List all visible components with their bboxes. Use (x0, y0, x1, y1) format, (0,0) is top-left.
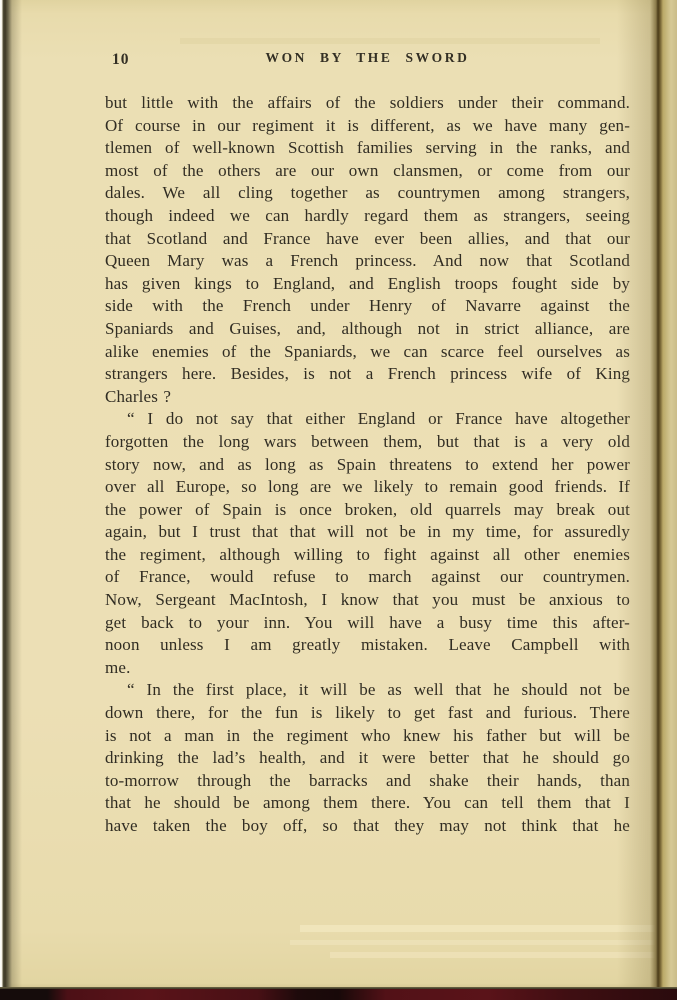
text-line: forgotten the long wars between them, bu… (105, 431, 630, 454)
text-line: again, but I trust that that will not be… (105, 521, 630, 544)
text-line: side with the French under Henry of Nava… (105, 295, 630, 318)
text-line: alike enemies of the Spaniards, we can s… (105, 341, 630, 364)
text-line: Queen Mary was a French princess. And no… (105, 250, 630, 273)
text-line: to-morrow through the barracks and shake… (105, 770, 630, 793)
text-line: get back to your inn. You will have a bu… (105, 612, 630, 635)
text-line: drinking the lad’s health, and it were b… (105, 747, 630, 770)
text-line: of France, would refuse to march against… (105, 566, 630, 589)
body-text: but little with the affairs of the soldi… (105, 92, 630, 838)
text-line: dales. We all cling together as countrym… (105, 182, 630, 205)
scan-streak (180, 38, 600, 44)
text-line: tlemen of well-known Scottish families s… (105, 137, 630, 160)
book-page-scan: 10 WON BY THE SWORD but little with the … (0, 0, 677, 1000)
text-line: strangers here. Besides, is not a French… (105, 363, 630, 386)
text-line: Now, Sergeant MacIntosh, I know that you… (105, 589, 630, 612)
text-line: noon unless I am greatly mistaken. Leave… (105, 634, 630, 657)
book-cover-edge (0, 987, 677, 1000)
text-line: Spaniards and Guises, and, although not … (105, 318, 630, 341)
text-line: most of the others are our own clansmen,… (105, 160, 630, 183)
scan-streak (290, 940, 660, 945)
text-line: though indeed we can hardly regard them … (105, 205, 630, 228)
text-line: “ In the first place, it will be as well… (105, 679, 630, 702)
right-page-edge (617, 0, 677, 988)
text-line: me. (105, 657, 630, 680)
text-line: is not a man in the regiment who knew hi… (105, 725, 630, 748)
scan-streak (300, 925, 660, 932)
text-line: the power of Spain is once broken, old q… (105, 499, 630, 522)
page-header: 10 WON BY THE SWORD (105, 50, 630, 66)
text-line: down there, for the fun is likely to get… (105, 702, 630, 725)
text-line: story now, and as long as Spain threaten… (105, 454, 630, 477)
text-line: over all Europe, so long are we likely t… (105, 476, 630, 499)
text-line: Charles ? (105, 386, 630, 409)
text-line: “ I do not say that either England or Fr… (105, 408, 630, 431)
text-line: that he should be among them there. You … (105, 792, 630, 815)
text-line: have taken the boy off, so that they may… (105, 815, 630, 838)
running-head: WON BY THE SWORD (105, 50, 630, 66)
text-line: has given kings to England, and English … (105, 273, 630, 296)
page-number: 10 (112, 51, 130, 69)
text-line: that Scotland and France have ever been … (105, 228, 630, 251)
text-line: the regiment, although willing to fight … (105, 544, 630, 567)
scan-streak (330, 952, 660, 958)
text-line: Of course in our regiment it is differen… (105, 115, 630, 138)
left-page-edge-shadow (0, 0, 22, 988)
text-line: but little with the affairs of the soldi… (105, 92, 630, 115)
